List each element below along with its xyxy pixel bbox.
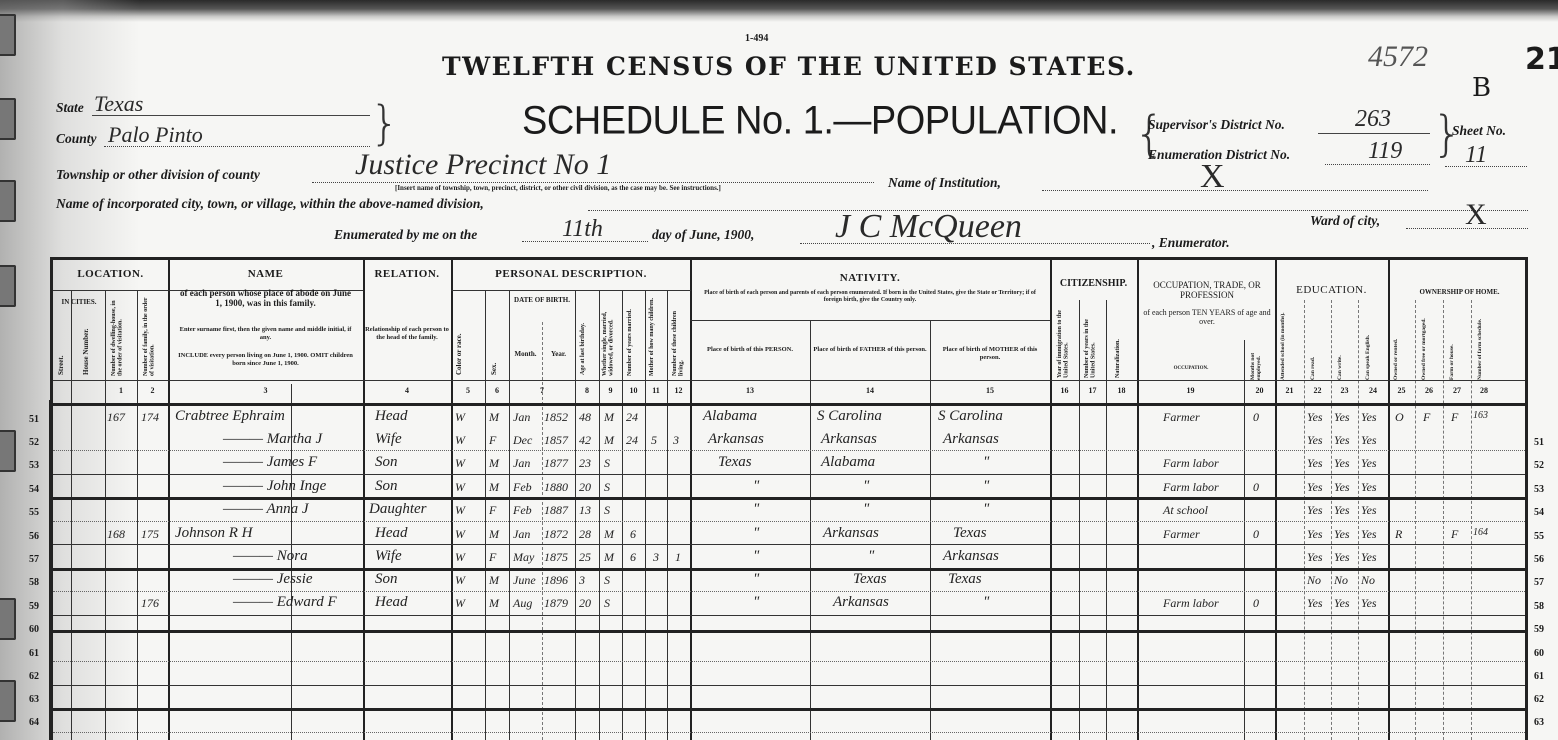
header-age: Age at last birthday. <box>580 300 586 375</box>
dwelling-number: 168 <box>107 528 125 540</box>
color: W <box>455 574 465 586</box>
sheet-value: 11 <box>1465 142 1487 169</box>
line-number: 59 <box>24 601 44 612</box>
line-number: 57 <box>24 554 44 565</box>
family-number: 176 <box>141 597 159 609</box>
birth-place-mother: Arkansas <box>943 432 999 447</box>
can-speak-english: Yes <box>1361 551 1377 563</box>
can-read: Yes <box>1307 434 1323 446</box>
ward-label: Ward of city, <box>1310 213 1380 229</box>
header-year: Year. <box>542 350 575 358</box>
birth-year: 1852 <box>544 411 568 423</box>
can-write: Yes <box>1334 504 1350 516</box>
column-number: 2 <box>137 386 168 395</box>
age: 20 <box>579 597 591 609</box>
header-marital: Whether single, married, widowed, or div… <box>602 296 615 376</box>
marital-status: M <box>604 434 614 446</box>
color: W <box>455 457 465 469</box>
column-number: 4 <box>363 386 451 395</box>
line-number: 58 <box>24 577 44 588</box>
years-married: 6 <box>630 551 636 563</box>
header-in-cities: IN CITIES. <box>53 298 105 306</box>
column-number: 20 <box>1244 386 1275 395</box>
township-label: Township or other division of county <box>56 167 260 183</box>
birth-year: 1879 <box>544 597 568 609</box>
sex: F <box>489 551 496 563</box>
color: W <box>455 434 465 446</box>
birth-year: 1887 <box>544 504 568 516</box>
age: 25 <box>579 551 591 563</box>
months-unemployed: 0 <box>1253 481 1259 493</box>
months-unemployed: 0 <box>1253 411 1259 423</box>
birth-place-mother: " <box>983 502 989 517</box>
birth-year: 1880 <box>544 481 568 493</box>
enumerated-day: 11th <box>562 216 603 243</box>
line-number: 51 <box>1529 437 1549 448</box>
farm-schedule: 164 <box>1473 528 1488 538</box>
can-write: Yes <box>1334 434 1350 446</box>
years-married: 24 <box>626 434 638 446</box>
census-title: TWELFTH CENSUS OF THE UNITED STATES. <box>442 52 1136 81</box>
dwelling-number: 167 <box>107 411 125 423</box>
relation: Daughter <box>369 502 427 517</box>
header-name-enter: Enter surname first, then the given name… <box>178 326 353 342</box>
birth-place-mother: S Carolina <box>938 409 1003 424</box>
binder-tab <box>0 680 16 722</box>
institution-label: Name of Institution, <box>888 175 1001 191</box>
birth-month: Aug <box>513 597 532 609</box>
birth-place-father: " <box>863 479 869 494</box>
years-married: 6 <box>630 528 636 540</box>
header-name-desc: of each person whose place of abode on J… <box>178 288 353 309</box>
can-read: Yes <box>1307 551 1323 563</box>
header-family-number: Number of family, in the order of visita… <box>143 292 156 376</box>
header-occupation-title: OCCUPATION, TRADE, OR PROFESSION <box>1139 280 1275 301</box>
column-number: 3 <box>168 386 363 395</box>
column-number: 13 <box>690 386 810 395</box>
line-number: 54 <box>24 484 44 495</box>
column-number: 25 <box>1388 386 1415 395</box>
line-number: 60 <box>1529 648 1549 659</box>
can-speak-english: No <box>1361 574 1375 586</box>
sex: M <box>489 528 499 540</box>
can-write: Yes <box>1334 551 1350 563</box>
color: W <box>455 551 465 563</box>
ward-value: X <box>1465 198 1487 232</box>
column-number: 8 <box>575 386 599 395</box>
children-living: 3 <box>673 434 679 446</box>
birth-place-father: " <box>863 502 869 517</box>
township-value: Justice Precinct No 1 <box>355 148 611 182</box>
children-living: 1 <box>675 551 681 563</box>
line-number: 61 <box>1529 671 1549 682</box>
header-house-number: House Number. <box>83 320 90 375</box>
header-months-unemployed: Months not employed. <box>1251 344 1263 380</box>
header-street: Street. <box>58 345 65 375</box>
birth-place-father: Arkansas <box>833 595 889 610</box>
occupation: At school <box>1163 504 1208 516</box>
binder-tab <box>0 14 16 56</box>
can-read: Yes <box>1307 411 1323 423</box>
birth-place-mother: " <box>983 455 989 470</box>
line-number: 62 <box>1529 694 1549 705</box>
header-naturalization: Naturalization. <box>1115 320 1121 378</box>
free-mortgaged: F <box>1423 411 1430 423</box>
person-name: ——— John Inge <box>223 479 326 494</box>
column-number: 19 <box>1137 386 1244 395</box>
sex: F <box>489 434 496 446</box>
header-name-include: INCLUDE every person living on June 1, 1… <box>178 352 353 368</box>
person-name: ——— Anna J <box>223 502 309 517</box>
header-birth-father: Place of birth of FATHER of this person. <box>813 346 927 354</box>
relation: Son <box>375 572 398 587</box>
header-personal: PERSONAL DESCRIPTION. <box>451 268 691 281</box>
birth-place-person: " <box>753 526 759 541</box>
township-note: [Insert name of township, town, precinct… <box>395 184 721 192</box>
months-unemployed: 0 <box>1253 528 1259 540</box>
birth-place-person: " <box>753 572 759 587</box>
line-number: 54 <box>1529 507 1549 518</box>
birth-place-mother: Texas <box>948 572 982 587</box>
sex: M <box>489 411 499 423</box>
marital-status: S <box>604 457 610 469</box>
can-speak-english: Yes <box>1361 504 1377 516</box>
relation: Head <box>375 409 408 424</box>
header-dwelling-number: Number of dwelling-house, in the order o… <box>111 292 124 376</box>
birth-place-mother: Arkansas <box>943 549 999 564</box>
line-number: 62 <box>24 671 44 682</box>
years-married: 24 <box>626 411 638 423</box>
marital-status: S <box>604 481 610 493</box>
header-nativity-desc: Place of birth of each person and parent… <box>698 290 1042 304</box>
age: 23 <box>579 457 591 469</box>
column-number: 21 <box>1275 386 1304 395</box>
line-number: 55 <box>24 507 44 518</box>
person-name: ——— Jessie <box>233 572 313 587</box>
birth-place-father: Arkansas <box>823 526 879 541</box>
person-name: Johnson R H <box>175 526 253 541</box>
owned-rented: R <box>1395 528 1402 540</box>
binder-tab <box>0 430 16 472</box>
birth-place-mother: Texas <box>953 526 987 541</box>
column-number: 16 <box>1050 386 1079 395</box>
stamp-number: 1-494 <box>745 33 768 44</box>
header-immigration-year: Year of immigration to the United States… <box>1057 302 1070 378</box>
person-name: ——— Nora <box>233 549 308 564</box>
column-number: 9 <box>599 386 622 395</box>
can-write: Yes <box>1334 411 1350 423</box>
birth-year: 1875 <box>544 551 568 563</box>
marital-status: S <box>604 574 610 586</box>
can-speak-english: Yes <box>1361 411 1377 423</box>
person-name: ——— Edward F <box>233 595 337 610</box>
column-number: 17 <box>1079 386 1106 395</box>
marital-status: S <box>604 597 610 609</box>
occupation: Farm labor <box>1163 481 1219 493</box>
birth-place-person: " <box>753 549 759 564</box>
column-number: 1 <box>105 386 137 395</box>
header-month: Month. <box>509 350 542 358</box>
family-number: 174 <box>141 411 159 423</box>
age: 28 <box>579 528 591 540</box>
line-number: 56 <box>1529 554 1549 565</box>
enumerator-name: J C McQueen <box>835 208 1022 246</box>
birth-month: Feb <box>513 481 532 493</box>
can-read: Yes <box>1307 597 1323 609</box>
color: W <box>455 411 465 423</box>
state-value: Texas <box>94 91 143 117</box>
sex: M <box>489 481 499 493</box>
farm-house: F <box>1451 528 1458 540</box>
header-occupation: OCCUPATION. <box>1139 366 1243 372</box>
occupation: Farmer <box>1163 528 1200 540</box>
column-number: 23 <box>1331 386 1358 395</box>
header-years-in-us: Number of years in the United States. <box>1084 302 1097 378</box>
relation: Wife <box>375 432 402 447</box>
relation: Head <box>375 595 408 610</box>
header-children-living: Number of these children living. <box>672 296 685 376</box>
header-name: NAME <box>168 268 363 281</box>
header-can-write: Can write. <box>1338 350 1344 380</box>
county-value: Palo Pinto <box>108 122 203 148</box>
line-number: 60 <box>24 624 44 635</box>
line-number: 52 <box>24 437 44 448</box>
birth-place-person: Arkansas <box>708 432 764 447</box>
age: 48 <box>579 411 591 423</box>
age: 3 <box>579 574 585 586</box>
column-number: 5 <box>451 386 485 395</box>
sheet-label: Sheet No. <box>1452 123 1506 139</box>
birth-year: 1872 <box>544 528 568 540</box>
column-number: 14 <box>810 386 930 395</box>
enumeration-label: Enumeration District No. <box>1148 147 1290 163</box>
column-number: 24 <box>1358 386 1388 395</box>
header-farm-schedule: Number of farm schedule. <box>1478 304 1484 380</box>
relation: Son <box>375 455 398 470</box>
census-table: LOCATION. IN CITIES. Street. House Numbe… <box>50 257 1528 740</box>
months-unemployed: 0 <box>1253 597 1259 609</box>
scan-shadow-top <box>0 0 1558 22</box>
enumerated-mid: day of June, 1900, <box>652 227 754 243</box>
header-dob: DATE OF BIRTH. <box>509 296 575 304</box>
corner-bold-number: 21 <box>1525 42 1558 77</box>
occupation: Farmer <box>1163 411 1200 423</box>
supervisor-value: 263 <box>1355 106 1391 133</box>
can-write: No <box>1334 574 1348 586</box>
farm-house: F <box>1451 411 1458 423</box>
state-label: State <box>56 100 84 116</box>
age: 42 <box>579 434 591 446</box>
can-speak-english: Yes <box>1361 528 1377 540</box>
birth-place-person: Texas <box>718 455 752 470</box>
corner-handwritten-number: 4572 <box>1368 40 1428 74</box>
line-number: 63 <box>1529 717 1549 728</box>
city-label: Name of incorporated city, town, or vill… <box>56 196 484 212</box>
supervisor-label: Supervisor's District No. <box>1148 117 1285 133</box>
county-label: County <box>56 131 97 147</box>
can-write: Yes <box>1334 481 1350 493</box>
enumerated-prefix: Enumerated by me on the <box>334 227 477 243</box>
birth-month: Dec <box>513 434 532 446</box>
farm-schedule: 163 <box>1473 411 1488 421</box>
column-number: 15 <box>930 386 1050 395</box>
schedule-title: SCHEDULE No. 1.—POPULATION. <box>522 99 1118 144</box>
can-speak-english: Yes <box>1361 597 1377 609</box>
column-number: 22 <box>1304 386 1331 395</box>
sex: M <box>489 574 499 586</box>
header-farm-house: Farm or house. <box>1450 324 1456 380</box>
age: 20 <box>579 481 591 493</box>
can-write: Yes <box>1334 597 1350 609</box>
can-read: Yes <box>1307 528 1323 540</box>
can-write: Yes <box>1334 528 1350 540</box>
family-number: 175 <box>141 528 159 540</box>
birth-month: Jan <box>513 457 530 469</box>
column-number: 26 <box>1415 386 1443 395</box>
person-name: ——— Martha J <box>223 432 322 447</box>
header-owned-rented: Owned or rented. <box>1394 324 1400 380</box>
relation: Son <box>375 479 398 494</box>
can-read: Yes <box>1307 504 1323 516</box>
birth-place-person: " <box>753 595 759 610</box>
line-number: 64 <box>24 717 44 728</box>
birth-place-father: S Carolina <box>817 409 882 424</box>
birth-month: Jan <box>513 528 530 540</box>
column-number: 12 <box>667 386 690 395</box>
sex: M <box>489 597 499 609</box>
column-number: 7 <box>509 386 575 395</box>
can-speak-english: Yes <box>1361 434 1377 446</box>
header-ownership: OWNERSHIP OF HOME. <box>1388 288 1531 296</box>
line-number: 59 <box>1529 624 1549 635</box>
line-number: 63 <box>24 694 44 705</box>
line-number: 53 <box>24 460 44 471</box>
birth-month: Jan <box>513 411 530 423</box>
binder-tab <box>0 265 16 307</box>
age: 13 <box>579 504 591 516</box>
birth-place-father: Arkansas <box>821 432 877 447</box>
mother-of: 5 <box>651 434 657 446</box>
relation: Wife <box>375 549 402 564</box>
header-relation: RELATION. <box>363 268 451 281</box>
column-number: 28 <box>1471 386 1497 395</box>
color: W <box>455 481 465 493</box>
header-color: Color or race. <box>456 330 463 375</box>
brace: } <box>370 100 399 146</box>
line-number: 51 <box>24 414 44 425</box>
relation: Head <box>375 526 408 541</box>
enumeration-value: 119 <box>1368 138 1402 165</box>
column-number: 10 <box>622 386 645 395</box>
header-sex: Sex. <box>491 355 498 375</box>
birth-month: Feb <box>513 504 532 516</box>
header-nativity: NATIVITY. <box>690 272 1050 285</box>
birth-month: June <box>513 574 536 586</box>
institution-value: X <box>1200 158 1225 196</box>
color: W <box>455 528 465 540</box>
header-years-married: Number of years married. <box>627 296 633 376</box>
header-can-speak-english: Can speak English. <box>1366 320 1372 380</box>
header-birth-person: Place of birth of this PERSON. <box>693 346 807 354</box>
can-speak-english: Yes <box>1361 457 1377 469</box>
can-write: Yes <box>1334 457 1350 469</box>
line-number: 53 <box>1529 484 1549 495</box>
header-mother-of: Mother of how many children. <box>649 296 655 376</box>
mother-of: 3 <box>653 551 659 563</box>
can-speak-english: Yes <box>1361 481 1377 493</box>
header-can-read: Can read. <box>1311 350 1317 380</box>
header-location: LOCATION. <box>53 268 168 281</box>
birth-place-person: Alabama <box>703 409 757 424</box>
can-read: No <box>1307 574 1321 586</box>
header-education: EDUCATION. <box>1275 284 1388 297</box>
birth-place-mother: " <box>983 595 989 610</box>
header-free-mortgaged: Owned free or mortgaged. <box>1422 304 1428 380</box>
column-number: 18 <box>1106 386 1137 395</box>
occupation: Farm labor <box>1163 457 1219 469</box>
line-number: 55 <box>1529 531 1549 542</box>
marital-status: M <box>604 528 614 540</box>
can-read: Yes <box>1307 481 1323 493</box>
birth-place-person: " <box>753 479 759 494</box>
line-number: 56 <box>24 531 44 542</box>
binder-tab <box>0 98 16 140</box>
marital-status: M <box>604 411 614 423</box>
birth-year: 1877 <box>544 457 568 469</box>
birth-month: May <box>513 551 534 563</box>
column-number: 27 <box>1443 386 1471 395</box>
birth-year: 1896 <box>544 574 568 586</box>
person-name: Crabtree Ephraim <box>175 409 285 424</box>
header-citizenship: CITIZENSHIP. <box>1050 278 1137 290</box>
line-number: 52 <box>1529 460 1549 471</box>
occupation: Farm labor <box>1163 597 1219 609</box>
sex: M <box>489 457 499 469</box>
sheet-letter: B <box>1472 73 1491 103</box>
color: W <box>455 597 465 609</box>
column-number: 11 <box>645 386 667 395</box>
birth-year: 1857 <box>544 434 568 446</box>
header-relation-desc: Relationship of each person to the head … <box>365 326 449 342</box>
birth-place-person: " <box>753 502 759 517</box>
line-number: 58 <box>1529 601 1549 612</box>
header-birth-mother: Place of birth of MOTHER of this person. <box>933 346 1047 362</box>
can-read: Yes <box>1307 457 1323 469</box>
birth-place-father: Texas <box>853 572 887 587</box>
header-occupation-desc: of each person TEN YEARS of age and over… <box>1139 308 1275 326</box>
line-number: 57 <box>1529 577 1549 588</box>
marital-status: S <box>604 504 610 516</box>
header-attended-school: Attended school (in months). <box>1281 304 1287 380</box>
binder-tab <box>0 598 16 640</box>
person-name: ——— James F <box>223 455 317 470</box>
birth-place-mother: " <box>983 479 989 494</box>
sex: F <box>489 504 496 516</box>
birth-place-father: " <box>868 549 874 564</box>
line-number: 61 <box>24 648 44 659</box>
binder-tab <box>0 180 16 222</box>
owned-rented: O <box>1395 411 1404 423</box>
marital-status: M <box>604 551 614 563</box>
color: W <box>455 504 465 516</box>
column-number: 6 <box>485 386 509 395</box>
birth-place-father: Alabama <box>821 455 875 470</box>
enumerator-label: , Enumerator. <box>1152 235 1230 251</box>
